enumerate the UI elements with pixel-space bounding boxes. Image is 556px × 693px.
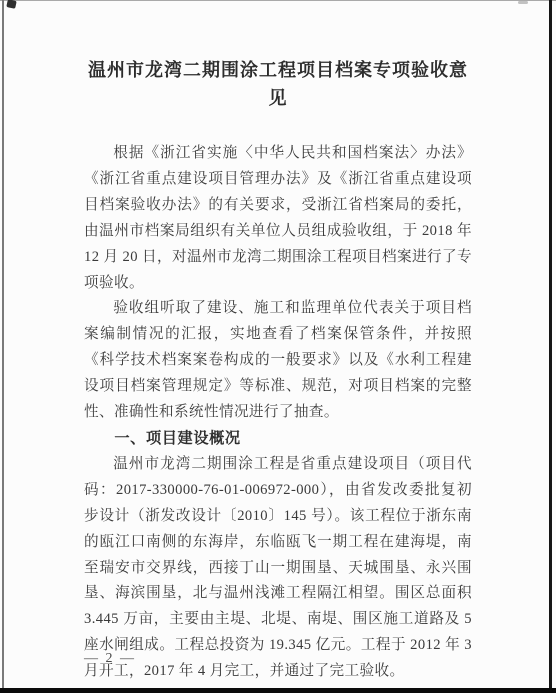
section-heading-project-overview: 一、项目建设概况 bbox=[84, 426, 472, 452]
scan-bottom-edge-bar bbox=[0, 688, 556, 693]
paragraph-inspection: 验收组听取了建设、施工和监理单位代表关于项目档案编制情况的汇报，实地查看了档案保… bbox=[84, 296, 472, 426]
scan-left-edge-line bbox=[2, 0, 4, 693]
page-number: — 2 — bbox=[84, 651, 136, 667]
document-body: 温州市龙湾二期围涂工程项目档案专项验收意见 根据《浙江省实施〈中华人民共和国档案… bbox=[84, 56, 472, 685]
scanned-document-page: 温州市龙湾二期围涂工程项目档案专项验收意见 根据《浙江省实施〈中华人民共和国档案… bbox=[0, 0, 556, 693]
scan-corner-speck bbox=[6, 0, 16, 9]
document-title: 温州市龙湾二期围涂工程项目档案专项验收意见 bbox=[84, 56, 472, 112]
paragraph-project-overview: 温州市龙湾二期围涂工程是省重点建设项目（项目代码：2017-330000-76-… bbox=[84, 452, 472, 685]
scan-top-edge-line bbox=[0, 0, 556, 1]
scan-top-smudge bbox=[518, 1, 528, 4]
paragraph-basis: 根据《浙江省实施〈中华人民共和国档案法〉办法》《浙江省重点建设项目管理办法》及《… bbox=[84, 141, 472, 296]
scan-right-edge-line bbox=[549, 0, 552, 693]
